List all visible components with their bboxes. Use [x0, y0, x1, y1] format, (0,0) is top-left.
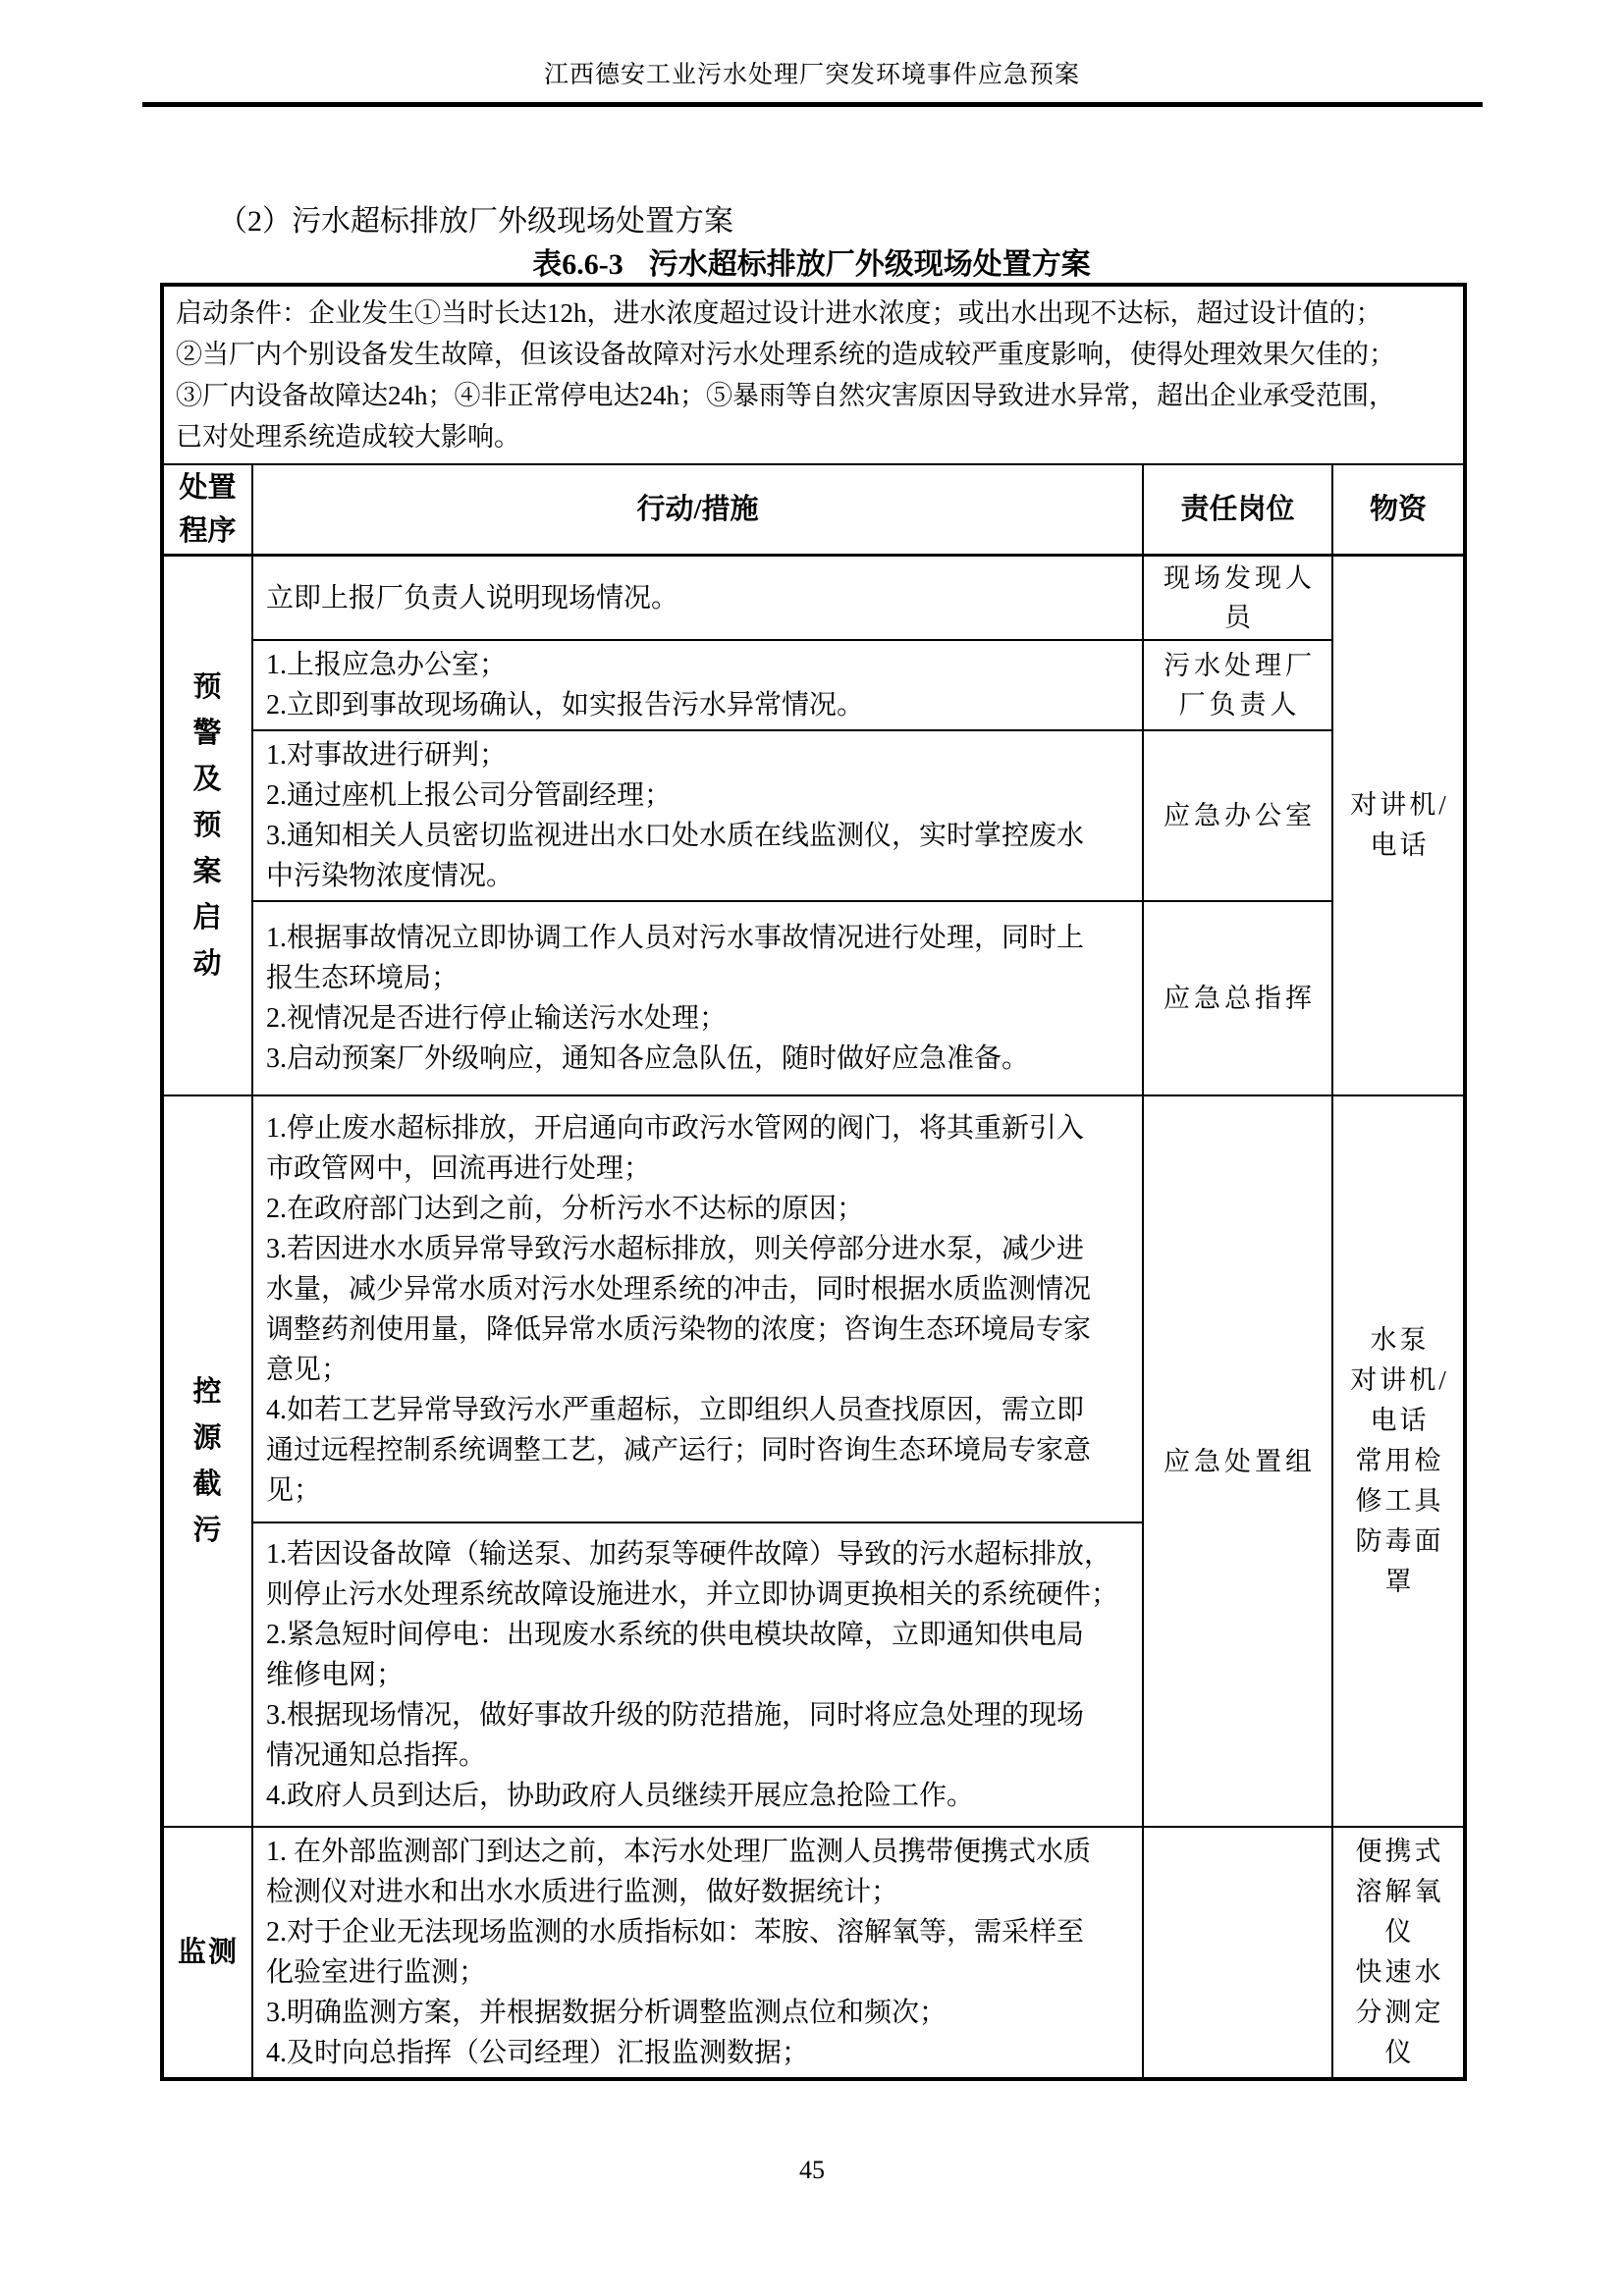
- action-cell: 1.上报应急办公室； 2.立即到事故现场确认，如实报告污水异常情况。: [252, 640, 1143, 730]
- action-cell: 1.若因设备故障（输送泵、加药泵等硬件故障）导致的污水超标排放， 则停止污水处理…: [252, 1522, 1143, 1827]
- supplies-cell: 便携式溶解氧仪 快速水分测定仪: [1332, 1827, 1465, 2079]
- col-header-responsibility: 责任岗位: [1143, 464, 1332, 556]
- action-cell: 1. 在外部监测部门到达之前，本污水处理厂监测人员携带便携式水质 检测仪对进水和…: [252, 1827, 1143, 2079]
- table-caption-text: 污水超标排放厂外级现场处置方案: [649, 248, 1091, 281]
- col-header-action: 行动/措施: [252, 464, 1143, 556]
- launch-condition-row: 启动条件：企业发生①当时长达12h，进水浓度超过设计进水浓度；或出水出现不达标，…: [162, 285, 1465, 464]
- section-procedure-label: 预警 及预 案启 动: [162, 556, 252, 1096]
- responsibility-cell: 现场发现人员: [1143, 556, 1332, 641]
- page-number: 45: [0, 2156, 1624, 2185]
- table-row: 1.根据事故情况立即协调工作人员对污水事故情况进行处理，同时上 报生态环境局； …: [162, 901, 1465, 1095]
- responsibility-cell: 应急办公室: [1143, 730, 1332, 901]
- table-caption: 表6.6-3污水超标排放厂外级现场处置方案: [160, 240, 1463, 283]
- launch-condition-cell: 启动条件：企业发生①当时长达12h，进水浓度超过设计进水浓度；或出水出现不达标，…: [162, 285, 1465, 464]
- document-page: 江西德安工业污水处理厂突发环境事件应急预案 （2）污水超标排放厂外级现场处置方案…: [0, 0, 1624, 2296]
- supplies-item: 水泵: [1345, 1320, 1454, 1361]
- header-rule: [142, 102, 1483, 107]
- table-caption-label: 表6.6-3: [532, 248, 623, 281]
- section-title: （2）污水超标排放厂外级现场处置方案: [218, 196, 733, 240]
- table-row: 监测 1. 在外部监测部门到达之前，本污水处理厂监测人员携带便携式水质 检测仪对…: [162, 1827, 1465, 2079]
- document-header-title: 江西德安工业污水处理厂突发环境事件应急预案: [0, 55, 1624, 90]
- supplies-item: 快速水分测定仪: [1345, 1952, 1454, 2073]
- supplies-cell: 对讲机/电话: [1332, 556, 1465, 1096]
- table-row: 1.对事故进行研判； 2.通过座机上报公司分管副经理； 3.通知相关人员密切监视…: [162, 730, 1465, 901]
- table-row: 预警 及预 案启 动 立即上报厂负责人说明现场情况。 现场发现人员 对讲机/电话: [162, 556, 1465, 641]
- col-header-procedure: 处置 程序: [162, 464, 252, 556]
- action-cell: 立即上报厂负责人说明现场情况。: [252, 556, 1143, 641]
- responsibility-cell: 应急处置组: [1143, 1095, 1332, 1827]
- action-cell: 1.根据事故情况立即协调工作人员对污水事故情况进行处理，同时上 报生态环境局； …: [252, 901, 1143, 1095]
- table-row: 1.上报应急办公室； 2.立即到事故现场确认，如实报告污水异常情况。 污水处理厂…: [162, 640, 1465, 730]
- supplies-item: 常用检修工具: [1345, 1441, 1454, 1522]
- table-header-row: 处置 程序 行动/措施 责任岗位 物资: [162, 464, 1465, 556]
- disposal-plan-table: 启动条件：企业发生①当时长达12h，进水浓度超过设计进水浓度；或出水出现不达标，…: [160, 283, 1467, 2081]
- supplies-item: 对讲机/电话: [1345, 1361, 1454, 1441]
- section-procedure-label: 控源 截污: [162, 1095, 252, 1827]
- supplies-item: 防毒面罩: [1345, 1522, 1454, 1602]
- responsibility-cell: [1143, 1827, 1332, 2079]
- section-procedure-label: 监测: [162, 1827, 252, 2079]
- responsibility-cell: 应急总指挥: [1143, 901, 1332, 1095]
- supplies-cell: 水泵 对讲机/电话 常用检修工具 防毒面罩: [1332, 1095, 1465, 1827]
- col-header-supplies: 物资: [1332, 464, 1465, 556]
- table-row: 控源 截污 1.停止废水超标排放，开启通向市政污水管网的阀门，将其重新引入 市政…: [162, 1095, 1465, 1522]
- responsibility-cell: 污水处理厂厂负责人: [1143, 640, 1332, 730]
- supplies-item: 便携式溶解氧仪: [1345, 1832, 1454, 1952]
- supplies-item: 对讲机/电话: [1345, 785, 1454, 866]
- action-cell: 1.对事故进行研判； 2.通过座机上报公司分管副经理； 3.通知相关人员密切监视…: [252, 730, 1143, 901]
- action-cell: 1.停止废水超标排放，开启通向市政污水管网的阀门，将其重新引入 市政管网中，回流…: [252, 1095, 1143, 1522]
